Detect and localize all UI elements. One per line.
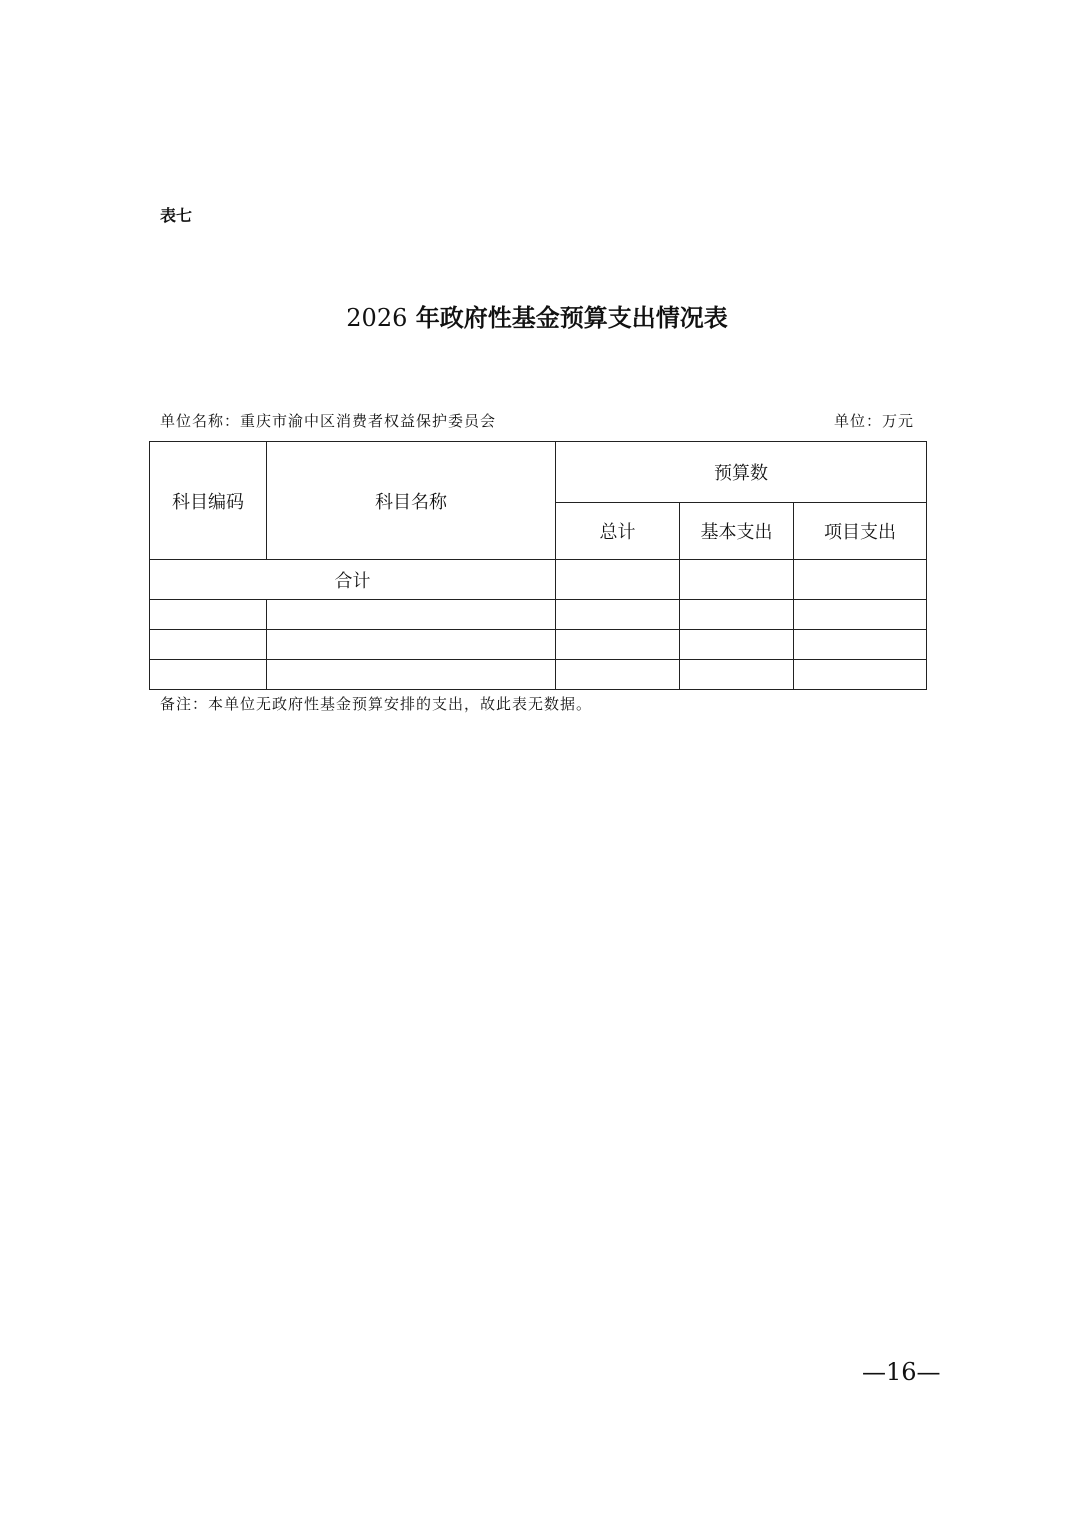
project-cell: [794, 660, 927, 690]
table-row: [150, 660, 927, 690]
table-note: 备注：本单位无政府性基金预算安排的支出，故此表无数据。: [160, 693, 592, 714]
name-cell: [267, 600, 556, 630]
project-cell: [794, 600, 927, 630]
table-label: 表七: [160, 203, 192, 226]
name-cell: [267, 630, 556, 660]
header-code: 科目编码: [150, 442, 267, 560]
total-basic-cell: [680, 560, 794, 600]
header-basic: 基本支出: [680, 503, 794, 560]
table-row: [150, 630, 927, 660]
header-budget-group: 预算数: [556, 442, 927, 503]
total-project-cell: [794, 560, 927, 600]
total-cell: [556, 600, 680, 630]
table-row: [150, 600, 927, 630]
total-cell: [556, 630, 680, 660]
header-name: 科目名称: [267, 442, 556, 560]
page-number: —16—: [862, 1358, 941, 1386]
unit-name: 单位名称：重庆市渝中区消费者权益保护委员会: [160, 410, 496, 431]
budget-table: 科目编码 科目名称 预算数 总计 基本支出 项目支出 合计: [149, 441, 927, 690]
basic-cell: [680, 630, 794, 660]
header-project: 项目支出: [794, 503, 927, 560]
title-year: 2026: [346, 304, 407, 332]
total-label: 合计: [150, 560, 556, 600]
code-cell: [150, 600, 267, 630]
name-cell: [267, 660, 556, 690]
title-text: 年政府性基金预算支出情况表: [416, 303, 728, 332]
total-row: 合计: [150, 560, 927, 600]
header-total: 总计: [556, 503, 680, 560]
total-total-cell: [556, 560, 680, 600]
project-cell: [794, 630, 927, 660]
code-cell: [150, 630, 267, 660]
header-row: 科目编码 科目名称 预算数: [150, 442, 927, 503]
total-cell: [556, 660, 680, 690]
basic-cell: [680, 600, 794, 630]
code-cell: [150, 660, 267, 690]
page-title: 2026 年政府性基金预算支出情况表: [0, 298, 1074, 333]
currency-unit: 单位：万元: [834, 410, 914, 431]
basic-cell: [680, 660, 794, 690]
